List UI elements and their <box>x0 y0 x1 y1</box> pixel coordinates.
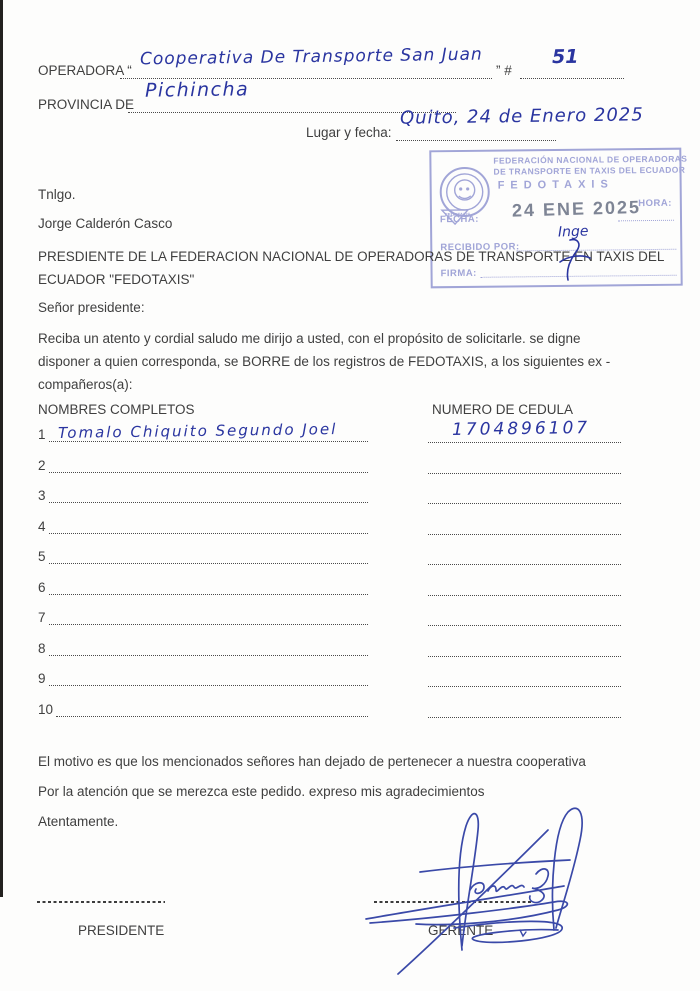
name-field[interactable] <box>49 610 368 625</box>
gerente-signature <box>358 778 642 984</box>
provincia-handwritten-value: Pichincha <box>145 78 249 101</box>
names-column-header: NOMBRES COMPLETOS <box>38 402 195 417</box>
cedula-field[interactable] <box>428 671 621 687</box>
stamp-hora-label: HORA: <box>638 198 672 209</box>
request-line3: compañeros(a): <box>38 373 678 396</box>
cedula-field[interactable] <box>428 488 621 504</box>
name-field[interactable] <box>49 641 368 656</box>
row-number: 2 <box>38 458 46 473</box>
lugar-fecha-label: Lugar y fecha: <box>306 125 392 140</box>
presidente-signature-line[interactable] <box>37 901 165 903</box>
stamp-hora-line <box>618 220 674 222</box>
name-field[interactable] <box>49 519 368 534</box>
scan-edge-artifact <box>0 0 3 897</box>
table-row[interactable]: 9 <box>38 671 368 686</box>
stamp-org-name: FEDOTAXIS <box>498 178 680 192</box>
stamp-date-value: 24 ENE 2025 <box>512 197 642 222</box>
operadora-number-handwritten: 51 <box>552 46 579 68</box>
name-field[interactable] <box>56 702 368 717</box>
table-row[interactable]: 6 <box>38 580 368 595</box>
name-field[interactable] <box>49 580 368 595</box>
row-number: 7 <box>38 610 46 625</box>
row-number: 8 <box>38 641 46 656</box>
name-field[interactable] <box>49 458 368 473</box>
row-number: 5 <box>38 549 46 564</box>
operadora-label: OPERADORA “ <box>38 63 132 78</box>
row1-cedula-handwritten: 1704896107 <box>452 418 590 440</box>
cedula-field[interactable] <box>428 549 621 565</box>
name-field[interactable] <box>49 549 368 564</box>
table-row[interactable]: 5 <box>38 549 368 564</box>
recibido-initial-flourish <box>556 236 596 292</box>
row-number: 4 <box>38 519 46 534</box>
table-row[interactable]: 7 <box>38 610 368 625</box>
row-number: 6 <box>38 580 46 595</box>
cedula-column-header: NUMERO DE CEDULA <box>432 402 573 417</box>
operadora-number-label: ” # <box>496 63 512 78</box>
table-row[interactable]: 4 <box>38 519 368 534</box>
row-number: 9 <box>38 671 46 686</box>
svg-text:FEDOTAXIS: FEDOTAXIS <box>445 212 470 217</box>
fedotaxis-logo-icon: FEDOTAXIS <box>437 166 494 237</box>
name-field[interactable] <box>49 488 368 503</box>
row-number: 3 <box>38 488 46 503</box>
recipient-title: Tnlgo. <box>38 187 76 202</box>
row-number: 10 <box>38 702 53 717</box>
cedula-field[interactable] <box>428 458 621 474</box>
request-paragraph: Reciba un atento y cordial saludo me dir… <box>38 327 678 396</box>
stamp-org-line2: DE TRANSPORTE EN TAXIS DEL ECUADOR <box>493 165 675 178</box>
row-number: 1 <box>38 427 46 442</box>
cedula-field[interactable] <box>428 702 621 718</box>
motive-text: El motivo es que los mencionados señores… <box>38 754 586 769</box>
cedula-field[interactable] <box>428 580 621 596</box>
presidente-label: PRESIDENTE <box>78 923 164 938</box>
table-row[interactable]: 10 <box>38 702 368 717</box>
request-line2: disponer a quien corresponda, se BORRE d… <box>38 350 678 373</box>
cedula-field[interactable] <box>428 519 621 535</box>
lugar-fecha-handwritten: Quito, 24 de Enero 2025 <box>400 104 644 128</box>
salutation: Señor presidente: <box>38 300 145 315</box>
cedula-field[interactable] <box>428 610 621 626</box>
atentamente-text: Atentamente. <box>38 814 118 829</box>
request-line1: Reciba un atento y cordial saludo me dir… <box>38 327 678 350</box>
scanned-letter-page: OPERADORA “ Cooperativa De Transporte Sa… <box>0 0 700 991</box>
table-row[interactable]: 2 <box>38 458 368 473</box>
cedula-field[interactable] <box>428 641 621 657</box>
provincia-label: PROVINCIA DE <box>38 97 134 112</box>
table-row[interactable]: 3 <box>38 488 368 503</box>
table-row[interactable]: 8 <box>38 641 368 656</box>
recipient-name: Jorge Calderón Casco <box>38 216 172 231</box>
name-field[interactable] <box>49 671 368 686</box>
